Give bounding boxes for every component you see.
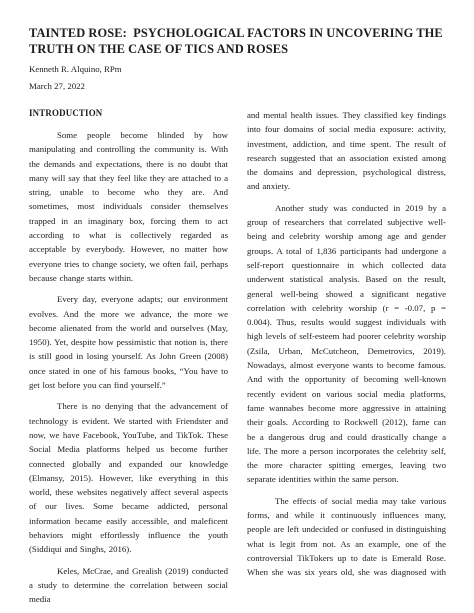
right-column: and mental health issues. They classifie…: [247, 108, 446, 613]
date-line: March 27, 2022: [29, 80, 446, 92]
document-page: TAINTED ROSE: PSYCHOLOGICAL FACTORS IN U…: [0, 0, 474, 613]
paper-title: TAINTED ROSE: PSYCHOLOGICAL FACTORS IN U…: [29, 25, 446, 57]
paragraph: Some people become blinded by how manipu…: [29, 128, 228, 285]
paragraph: and mental health issues. They classifie…: [247, 108, 446, 194]
author-line: Kenneth R. Alquino, RPm: [29, 63, 446, 75]
paragraph: The effects of social media may take var…: [247, 494, 446, 580]
two-column-body: INTRODUCTION Some people become blinded …: [29, 108, 446, 613]
paragraph: Another study was conducted in 2019 by a…: [247, 201, 446, 487]
paragraph: There is no denying that the advancement…: [29, 399, 228, 556]
paragraph: Keles, McCrae, and Grealish (2019) condu…: [29, 564, 228, 607]
section-heading-introduction: INTRODUCTION: [29, 108, 228, 119]
paragraph: Every day, everyone adapts; our environm…: [29, 292, 228, 392]
left-column: INTRODUCTION Some people become blinded …: [29, 108, 228, 613]
